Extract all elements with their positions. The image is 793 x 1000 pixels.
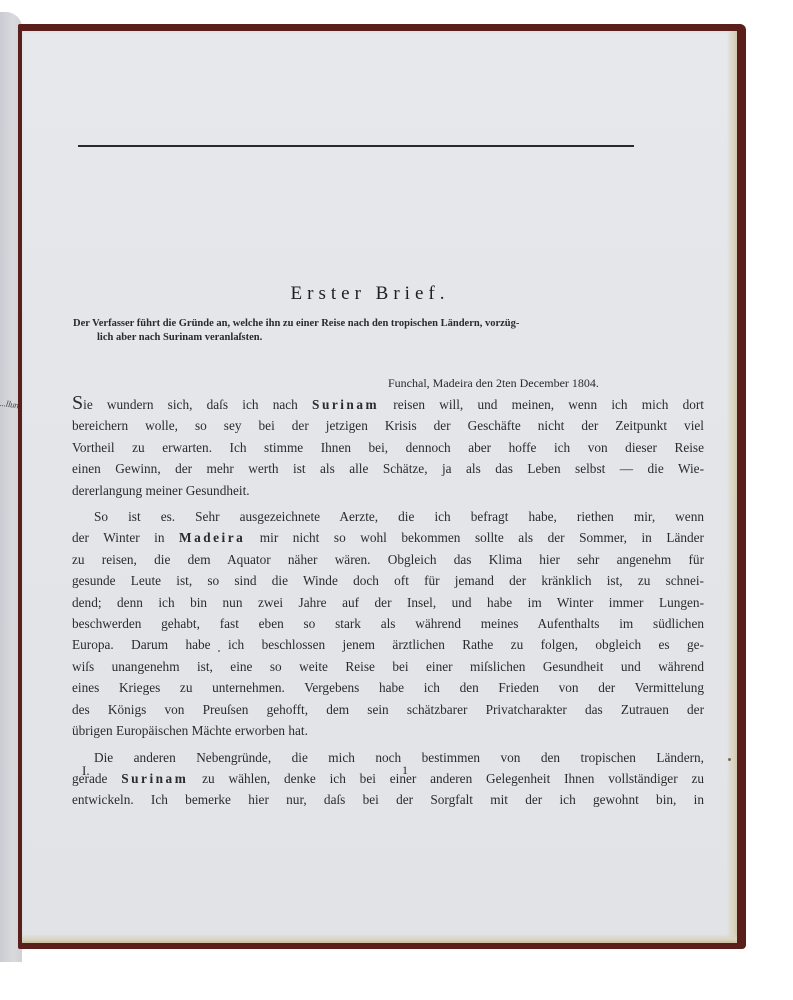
paragraph-2: So ist es. Sehr ausgezeichnete Aerzte, d… — [72, 506, 704, 741]
text-line: wiſs unangenehm ist, eine so weite Reise… — [72, 656, 704, 677]
text-line: Die anderen Nebengründe, die mich noch b… — [72, 747, 704, 768]
text-span: ie wundern sich, daſs ich nach — [83, 397, 312, 412]
letter-dateline: Funchal, Madeira den 2ten December 1804. — [388, 376, 708, 391]
text-line: dererlangung meiner Gesundheit. — [72, 480, 704, 501]
paragraph-3: Die anderen Nebengründe, die mich noch b… — [72, 747, 704, 811]
summary-line: lich aber nach Surinam veranlaſsten. — [73, 331, 693, 345]
text-line: gesunde Leute ist, so sind die Winde doc… — [72, 570, 704, 591]
text-line: Sie wundern sich, daſs ich nach Surinam … — [72, 394, 704, 415]
text-line: des Königs von Preuſsen gehofft, dem sei… — [72, 699, 704, 720]
chapter-title: Erster Brief. — [0, 283, 700, 305]
text-span: mir nicht so wohl bekommen sollte als de… — [245, 530, 704, 545]
text-span: zu wählen, denke ich bei einer anderen G… — [188, 771, 704, 786]
text-line: Europa. Darum habe ich beschlossen jenem… — [72, 634, 704, 655]
text-line: dend; denn ich bin nun zwei Jahre auf de… — [72, 592, 704, 613]
text-line: entwickeln. Ich bemerke hier nur, daſs b… — [72, 789, 704, 810]
chapter-summary: Der Verfasser führt die Gründe an, welch… — [73, 317, 693, 345]
text-line: bereichern wolle, so sey bei der jetzige… — [72, 415, 704, 436]
catchword-mark: 1 — [402, 763, 408, 778]
text-line: beschwerden gehabt, fast eben so stark a… — [72, 613, 704, 634]
page-deckle-edge-bottom — [22, 934, 737, 943]
text-span: der Winter in — [72, 530, 179, 545]
text-line: einen Gewinn, der mehr werth ist als all… — [72, 458, 704, 479]
summary-line: Der Verfasser führt die Gründe an, welch… — [73, 317, 693, 331]
paper-speck — [218, 650, 220, 652]
text-line: übrigen Europäischen Mächte erworben hat… — [72, 720, 704, 741]
paper-speck — [728, 758, 731, 761]
paragraph-1: Sie wundern sich, daſs ich nach Surinam … — [72, 394, 704, 501]
drop-cap: S — [72, 392, 83, 414]
spaced-name: Surinam — [121, 771, 188, 786]
text-line: eines Krieges zu unternehmen. Vergebens … — [72, 677, 704, 698]
text-span: gerade — [72, 771, 121, 786]
text-line: der Winter in Madeira mir nicht so wohl … — [72, 527, 704, 548]
text-line: zu reisen, die dem Aquator näher wären. … — [72, 549, 704, 570]
text-line: gerade Surinam zu wählen, denke ich bei … — [72, 768, 704, 789]
spaced-name: Surinam — [312, 397, 379, 412]
text-span: reisen will, und meinen, wenn ich mich d… — [379, 397, 704, 412]
text-line: So ist es. Sehr ausgezeichnete Aerzte, d… — [72, 506, 704, 527]
header-rule — [78, 145, 634, 147]
letter-body: Sie wundern sich, daſs ich nach Surinam … — [72, 394, 704, 816]
spaced-name: Madeira — [179, 530, 245, 545]
text-line: Vortheil zu erwarten. Ich stimme Ihnen b… — [72, 437, 704, 458]
page-deckle-edge-right — [727, 31, 737, 943]
signature-mark: I. — [82, 763, 90, 779]
